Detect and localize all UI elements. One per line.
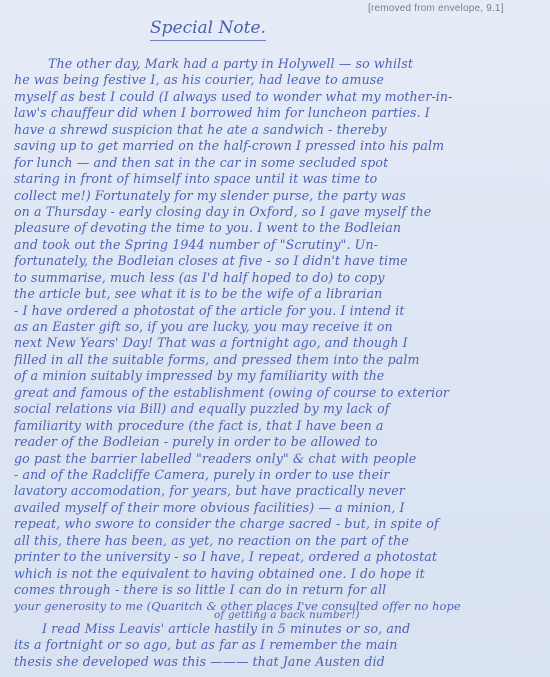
letter-line: lavatory accomodation, for years, but ha…: [14, 483, 540, 499]
letter-line: social relations via Bill) and equally p…: [14, 401, 540, 417]
letter-line: on a Thursday - early closing day in Oxf…: [14, 204, 540, 220]
handwritten-letter-page: [removed from envelope, 9.1] Special Not…: [0, 0, 550, 677]
letter-line: the article but, see what it is to be th…: [14, 286, 540, 302]
letter-line: The other day, Mark had a party in Holyw…: [14, 56, 540, 72]
letter-line: printer to the university - so I have, I…: [14, 549, 540, 565]
letter-line: of a minion suitably impressed by my fam…: [14, 368, 540, 384]
letter-line: all this, there has been, as yet, no rea…: [14, 533, 540, 549]
letter-title: Special Note.: [150, 18, 266, 41]
letter-line: next New Years' Day! That was a fortnigh…: [14, 335, 540, 351]
letter-line: familiarity with procedure (the fact is,…: [14, 418, 540, 434]
letter-line: thesis she developed was this ——— that J…: [14, 654, 540, 670]
letter-line: which is not the equivalent to having ob…: [14, 566, 540, 582]
letter-line: as an Easter gift so, if you are lucky, …: [14, 319, 540, 335]
letter-line: its a fortnight or so ago, but as far as…: [14, 637, 540, 653]
letter-line: reader of the Bodleian - purely in order…: [14, 434, 540, 450]
letter-line: staring in front of himself into space u…: [14, 171, 540, 187]
letter-line: I read Miss Leavis' article hastily in 5…: [14, 621, 540, 637]
letter-line: to summarise, much less (as I'd half hop…: [14, 270, 540, 286]
letter-line: myself as best I could (I always used to…: [14, 89, 540, 105]
letter-line: comes through - there is so little I can…: [14, 582, 540, 598]
letter-line: collect me!) Fortunately for my slender …: [14, 188, 540, 204]
letter-line: pleasure of devoting the time to you. I …: [14, 220, 540, 236]
archival-pencil-annotation: [removed from envelope, 9.1]: [368, 3, 504, 14]
letter-line: saving up to get married on the half-cro…: [14, 138, 540, 154]
letter-line: he was being festive I, as his courier, …: [14, 72, 540, 88]
letter-line: filled in all the suitable forms, and pr…: [14, 352, 540, 368]
letter-line: go past the barrier labelled "readers on…: [14, 451, 540, 467]
letter-body: The other day, Mark had a party in Holyw…: [14, 56, 540, 670]
letter-line: - and of the Radcliffe Camera, purely in…: [14, 467, 540, 483]
letter-line: availed myself of their more obvious fac…: [14, 500, 540, 516]
letter-line: have a shrewd suspicion that he ate a sa…: [14, 122, 540, 138]
letter-line: great and famous of the establishment (o…: [14, 385, 540, 401]
letter-line: repeat, who swore to consider the charge…: [14, 516, 540, 532]
letter-line: - I have ordered a photostat of the arti…: [14, 303, 540, 319]
letter-line: law's chauffeur did when I borrowed him …: [14, 105, 540, 121]
letter-line: and took out the Spring 1944 number of "…: [14, 237, 540, 253]
letter-line: for lunch — and then sat in the car in s…: [14, 155, 540, 171]
letter-line: fortunately, the Bodleian closes at five…: [14, 253, 540, 269]
